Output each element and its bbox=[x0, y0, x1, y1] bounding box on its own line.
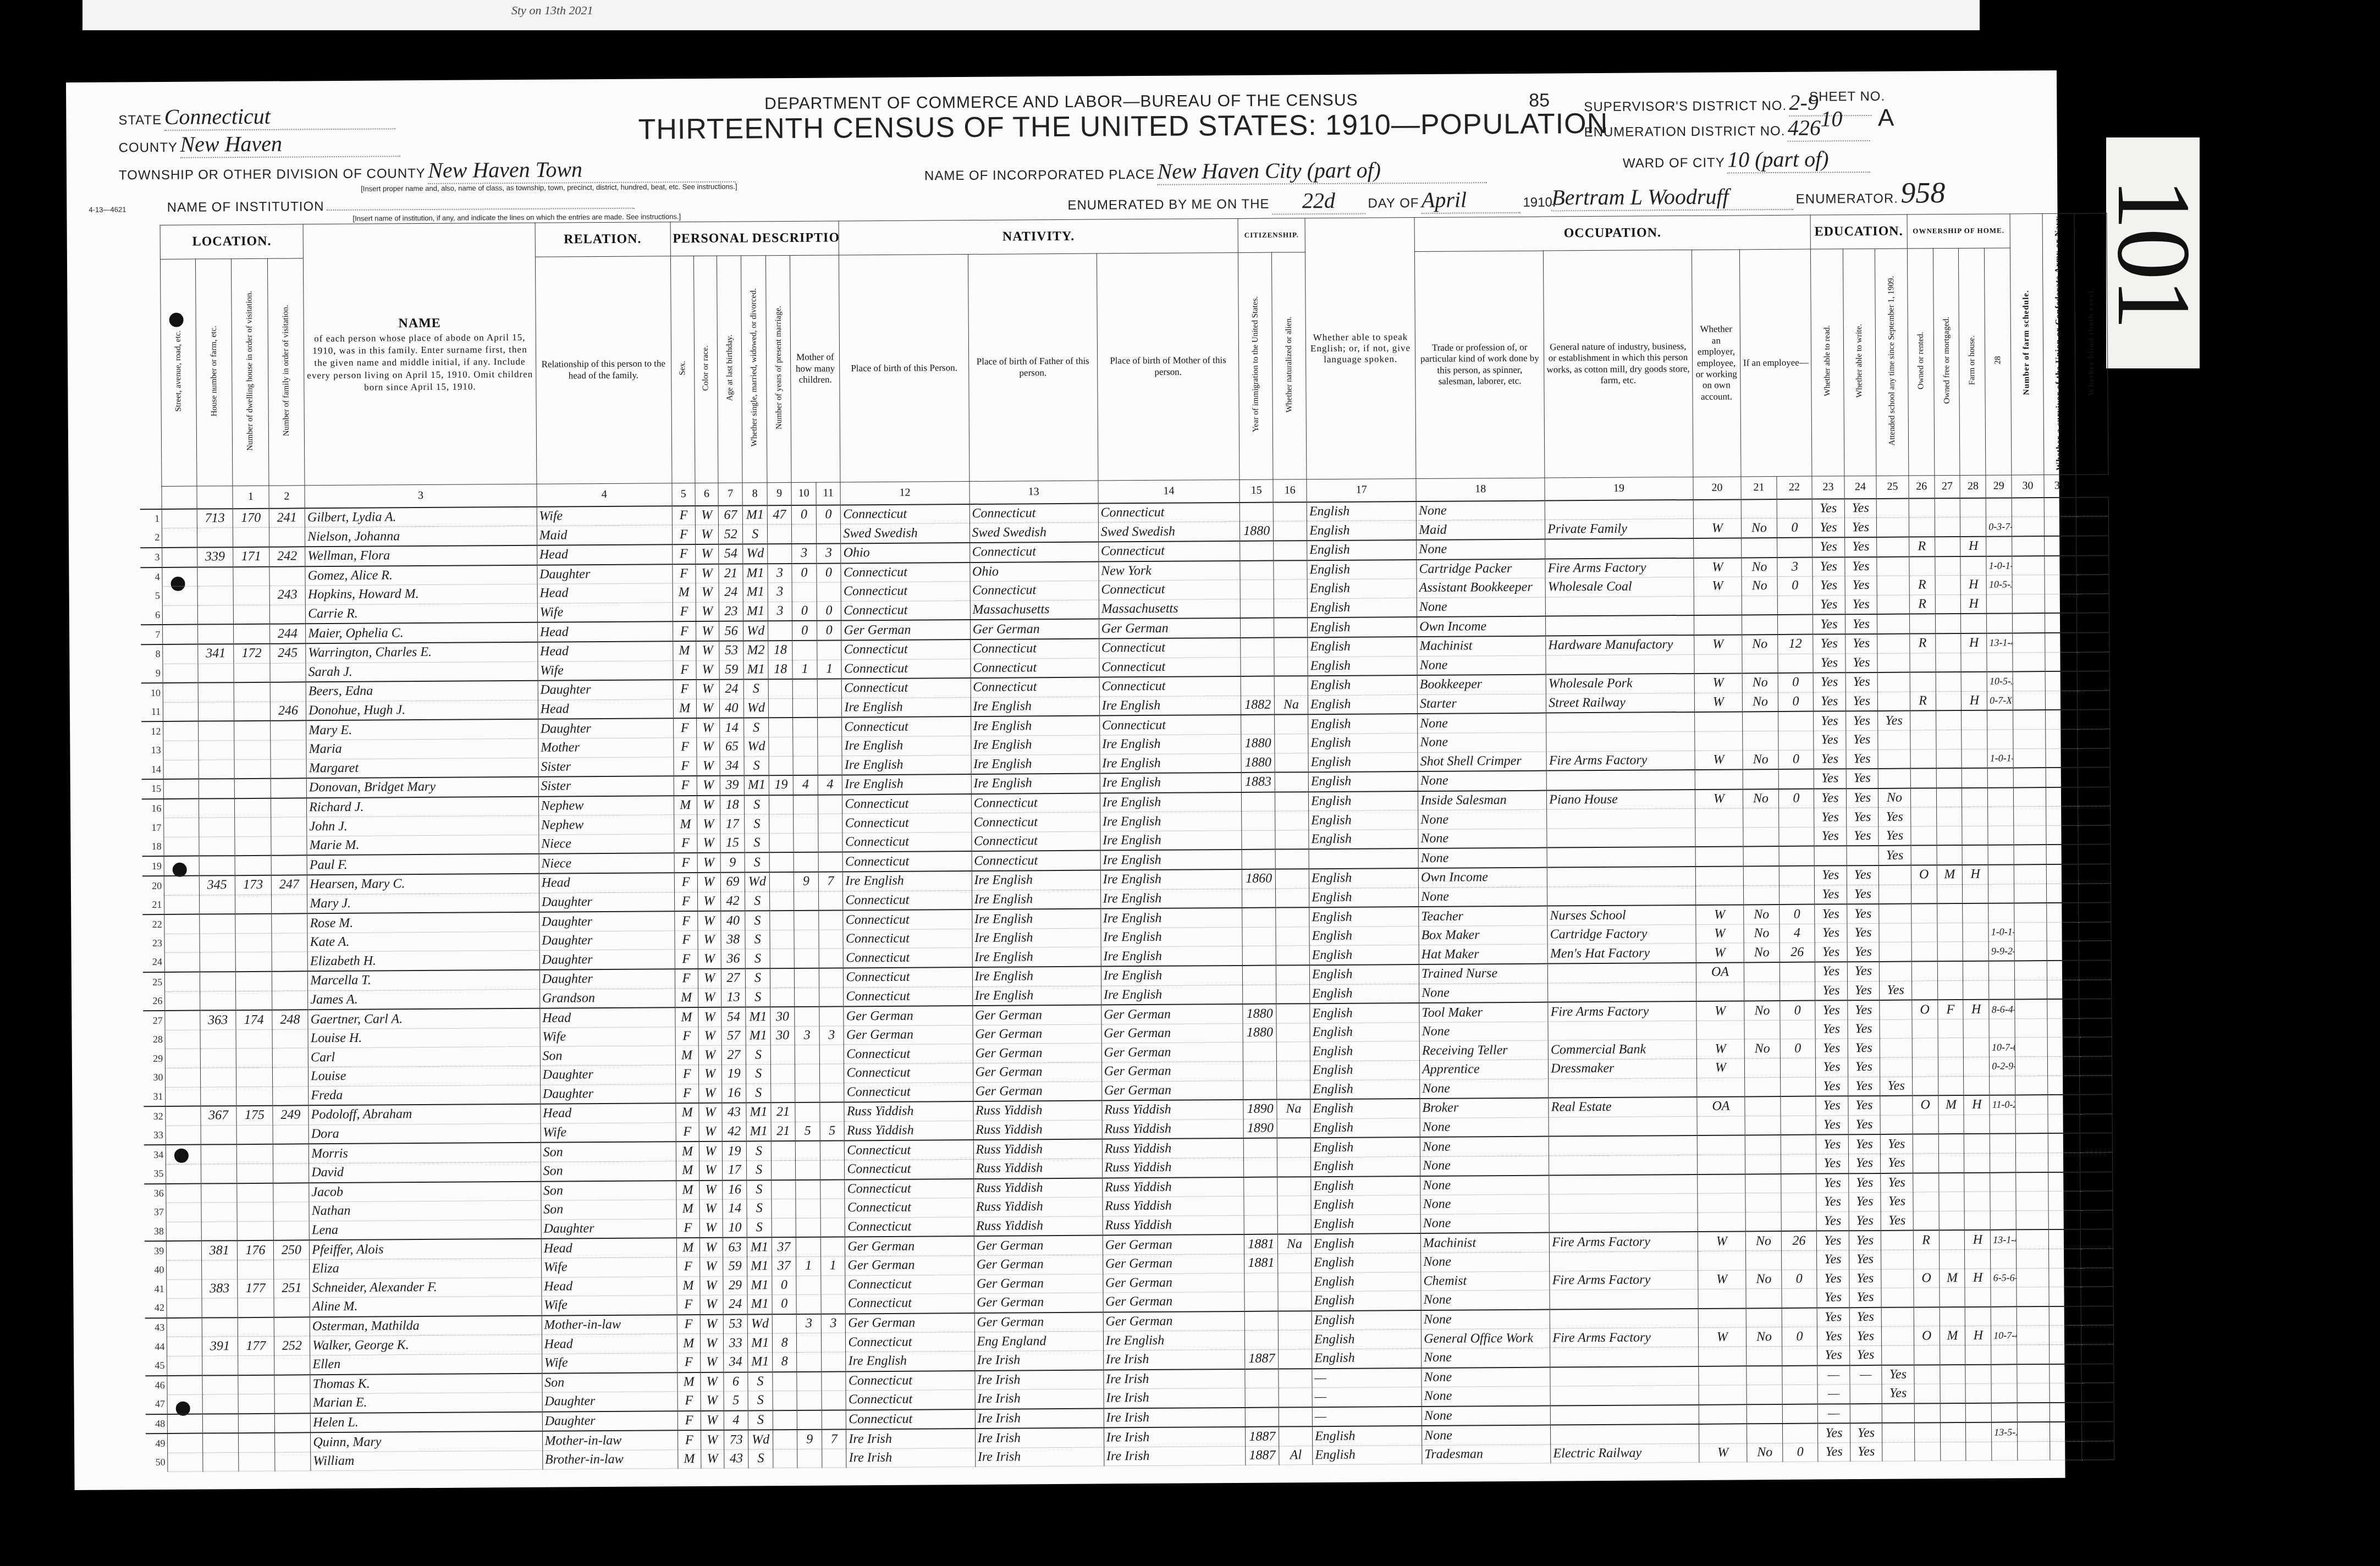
cell-mother-birth: Russ Yiddish bbox=[1102, 1177, 1244, 1198]
cell-line: 28 bbox=[144, 1030, 166, 1049]
cell-school bbox=[1880, 1115, 1913, 1134]
cell-house bbox=[198, 721, 234, 740]
cell-house bbox=[202, 1433, 239, 1452]
cell-write: Yes bbox=[1847, 826, 1879, 846]
cell-father-birth: Ire Irish bbox=[975, 1447, 1104, 1467]
cell-immig: 1880 bbox=[1243, 1004, 1276, 1023]
cell-house bbox=[197, 605, 234, 624]
cell-father-birth: Ire Irish bbox=[974, 1350, 1103, 1371]
cell-age: 14 bbox=[719, 718, 744, 737]
cell-out: No bbox=[1742, 673, 1778, 692]
cell-out bbox=[1743, 731, 1778, 750]
cell-trade: Maid bbox=[1417, 520, 1545, 540]
cell-birth: Connecticut bbox=[843, 890, 972, 911]
cell-emp: W bbox=[1695, 905, 1744, 925]
cell-family: 249 bbox=[273, 1106, 309, 1125]
cell-name: Marie M. bbox=[307, 835, 539, 856]
cell-trade: Tool Maker bbox=[1419, 1002, 1548, 1023]
cell-race: W bbox=[698, 930, 721, 950]
cell-street bbox=[163, 644, 197, 663]
cell-house bbox=[199, 895, 235, 914]
cell-age: 54 bbox=[719, 544, 743, 564]
cell-marital: M2 bbox=[743, 641, 768, 660]
cell-race: W bbox=[700, 1295, 723, 1314]
cell-dwelling bbox=[234, 663, 270, 682]
cell-born bbox=[794, 814, 818, 833]
cell-dwelling bbox=[236, 1049, 272, 1068]
cell-race: W bbox=[698, 1027, 721, 1046]
cell-marital: M1 bbox=[745, 775, 769, 795]
cell-birth: Connecticut bbox=[845, 1159, 973, 1179]
cell-read: Yes bbox=[1816, 1193, 1849, 1212]
cell-race: W bbox=[699, 1238, 723, 1257]
cell-read: Yes bbox=[1816, 1077, 1848, 1096]
cell-immig bbox=[1243, 1061, 1277, 1080]
cell-street bbox=[163, 721, 198, 741]
cell-house bbox=[198, 682, 234, 702]
cell-years-married bbox=[769, 737, 794, 756]
cell-trade: None bbox=[1418, 848, 1547, 868]
cell-school: Yes bbox=[1880, 1134, 1913, 1154]
cell-street bbox=[166, 1145, 201, 1164]
cell-weeks bbox=[1778, 712, 1814, 731]
cell-dwelling bbox=[234, 740, 271, 759]
cell-english: English bbox=[1307, 579, 1417, 599]
cell-street bbox=[164, 837, 199, 856]
cell-out bbox=[1744, 962, 1780, 981]
cell-emp bbox=[1697, 1135, 1745, 1155]
cell-family bbox=[274, 1355, 310, 1375]
cell-nat bbox=[1279, 1349, 1312, 1369]
cell-sched: 10-7-0-X bbox=[1989, 1038, 2015, 1057]
cell-own bbox=[1914, 1403, 1940, 1423]
cell-c30 bbox=[2015, 1114, 2048, 1133]
cell-out bbox=[1747, 1424, 1783, 1443]
cell-immig bbox=[1244, 1273, 1278, 1292]
cell-street bbox=[165, 991, 200, 1011]
cell-birth: Connecticut bbox=[841, 582, 969, 602]
cell-race: W bbox=[699, 1180, 722, 1199]
cell-farm bbox=[1963, 884, 1988, 903]
cell-name: Morris bbox=[309, 1143, 541, 1164]
cell-free bbox=[1940, 1288, 1965, 1307]
cell-sched bbox=[1991, 1345, 2017, 1364]
cell-family bbox=[271, 798, 307, 817]
cell-relation: Nephew bbox=[538, 815, 674, 835]
cell-living bbox=[817, 582, 841, 602]
cell-read: Yes bbox=[1814, 749, 1846, 769]
cell-c32 bbox=[2080, 1056, 2112, 1076]
cell-name: Mary E. bbox=[306, 719, 538, 740]
cell-name: Maria bbox=[306, 738, 538, 759]
cell-sex: F bbox=[672, 564, 695, 583]
cell-immig: 1881 bbox=[1244, 1234, 1278, 1254]
cell-street bbox=[166, 1164, 201, 1183]
cell-read: Yes bbox=[1814, 769, 1846, 788]
cell-english: English bbox=[1308, 675, 1417, 695]
cell-farm bbox=[1961, 653, 1987, 672]
cell-sched: 0-3-7-X bbox=[1986, 517, 2012, 536]
cell-marital: S bbox=[746, 1083, 771, 1102]
cell-street bbox=[167, 1337, 202, 1356]
cell-immig: 1880 bbox=[1241, 753, 1275, 773]
cell-industry bbox=[1550, 1347, 1698, 1367]
cell-write: Yes bbox=[1846, 749, 1878, 769]
cell-years-married bbox=[769, 833, 794, 852]
cell-years-married: 8 bbox=[772, 1352, 797, 1371]
cell-english: English bbox=[1311, 1195, 1420, 1215]
cell-living bbox=[821, 1333, 846, 1352]
cell-free bbox=[1936, 710, 1962, 730]
cell-industry bbox=[1550, 1251, 1698, 1271]
cell-own bbox=[1909, 517, 1935, 537]
cell-english: — bbox=[1312, 1407, 1422, 1427]
cell-weeks bbox=[1780, 981, 1815, 1001]
cell-house bbox=[201, 1183, 237, 1203]
cell-c31 bbox=[2045, 594, 2077, 613]
cell-english: English bbox=[1311, 1156, 1420, 1176]
cell-c32 bbox=[2079, 960, 2112, 979]
cell-street bbox=[163, 605, 197, 625]
cell-own bbox=[1912, 1038, 1938, 1057]
cell-c31 bbox=[2049, 1325, 2081, 1344]
cell-industry bbox=[1549, 1078, 1696, 1098]
cell-street bbox=[163, 664, 197, 683]
cell-dwelling bbox=[234, 702, 270, 721]
cell-family bbox=[273, 1144, 309, 1164]
cell-english: English bbox=[1308, 771, 1418, 792]
cell-house bbox=[199, 759, 235, 779]
cell-sex: F bbox=[674, 853, 697, 873]
cell-trade: General Office Work bbox=[1421, 1328, 1550, 1348]
cell-house: 391 bbox=[202, 1337, 238, 1356]
cell-family bbox=[271, 817, 307, 836]
cell-name: Donohue, Hugh J. bbox=[306, 700, 538, 721]
cell-free bbox=[1940, 1442, 1966, 1461]
cell-write: Yes bbox=[1849, 1346, 1882, 1365]
cell-street bbox=[163, 741, 198, 760]
cell-born: 0 bbox=[792, 505, 817, 524]
cell-line: 50 bbox=[146, 1453, 168, 1472]
cell-sched bbox=[1990, 1076, 2015, 1095]
cell-immig bbox=[1241, 676, 1274, 696]
cell-house bbox=[200, 952, 236, 972]
cell-own bbox=[1911, 942, 1937, 961]
cell-name: Warrington, Charles E. bbox=[306, 642, 538, 663]
cell-trade: None bbox=[1422, 1405, 1550, 1426]
cell-farm bbox=[1964, 1076, 1990, 1095]
township-hint: [Insert proper name and, also, name of c… bbox=[361, 183, 737, 193]
cell-c32 bbox=[2081, 1287, 2113, 1306]
cell-immig bbox=[1244, 1177, 1277, 1196]
cell-school: Yes bbox=[1882, 1384, 1914, 1403]
cell-own bbox=[1913, 1154, 1938, 1173]
cell-born bbox=[795, 988, 819, 1007]
cell-free bbox=[1937, 845, 1963, 865]
cell-name: Thomas K. bbox=[310, 1373, 542, 1394]
cell-free bbox=[1938, 1173, 1964, 1192]
cell-dwelling bbox=[234, 779, 271, 798]
cell-free bbox=[1935, 576, 1961, 595]
cell-write: Yes bbox=[1848, 1057, 1880, 1077]
cell-nat bbox=[1275, 811, 1309, 830]
cell-write: Yes bbox=[1845, 634, 1877, 653]
cell-weeks: 0 bbox=[1782, 1327, 1817, 1346]
cell-years-married bbox=[771, 1141, 796, 1160]
cell-c31 bbox=[2049, 1306, 2081, 1325]
cell-mother-birth: Ire Irish bbox=[1103, 1349, 1245, 1370]
cell-emp bbox=[1696, 1077, 1745, 1097]
cell-own: O bbox=[1914, 1269, 1940, 1288]
cell-nat bbox=[1279, 1388, 1312, 1407]
cell-marital: S bbox=[748, 1372, 773, 1391]
cell-farm bbox=[1965, 1345, 1991, 1364]
cell-age: 6 bbox=[724, 1372, 748, 1391]
cell-immig: 1880 bbox=[1241, 734, 1275, 753]
cell-mother-birth: New York bbox=[1099, 561, 1241, 581]
cell-race: W bbox=[697, 737, 720, 757]
cell-sex: M bbox=[675, 988, 698, 1007]
cell-trade: Own Income bbox=[1417, 616, 1546, 637]
cell-living bbox=[819, 1064, 844, 1083]
cell-industry bbox=[1550, 1309, 1698, 1329]
cell-industry bbox=[1547, 828, 1695, 848]
cell-c30 bbox=[2012, 594, 2045, 613]
cell-read: Yes bbox=[1812, 499, 1844, 518]
cell-age: 27 bbox=[721, 969, 746, 988]
cell-sex: F bbox=[676, 1122, 699, 1142]
cell-english: English bbox=[1308, 714, 1418, 734]
cell-street bbox=[167, 1375, 202, 1394]
cell-weeks bbox=[1780, 1020, 1816, 1039]
cell-race: W bbox=[699, 1103, 722, 1122]
cell-farm: H bbox=[1960, 537, 1986, 556]
cell-own: R bbox=[1909, 633, 1935, 653]
cell-father-birth: Connecticut bbox=[971, 812, 1100, 832]
cell-emp bbox=[1696, 982, 1744, 1002]
cell-years-married bbox=[772, 1199, 796, 1218]
cell-c30 bbox=[2012, 556, 2045, 575]
cell-house bbox=[202, 1356, 238, 1375]
cell-weeks bbox=[1779, 846, 1815, 866]
cell-age: 42 bbox=[722, 1122, 747, 1142]
cell-race: W bbox=[701, 1372, 724, 1391]
cell-race: W bbox=[698, 1084, 721, 1103]
cell-c30 bbox=[2016, 1192, 2048, 1211]
cell-c30 bbox=[2016, 1210, 2048, 1229]
cell-born: 3 bbox=[792, 544, 817, 564]
cell-age: 34 bbox=[723, 1353, 748, 1372]
cell-living: 3 bbox=[816, 543, 841, 563]
cell-mother-birth: Ger German bbox=[1103, 1292, 1245, 1313]
cell-living bbox=[819, 968, 844, 987]
cell-name: Gomez, Alice R. bbox=[305, 565, 537, 586]
cell-born: 4 bbox=[794, 775, 818, 795]
cell-race: W bbox=[697, 834, 720, 853]
cell-birth: Connecticut bbox=[841, 563, 969, 583]
cell-trade: Machinist bbox=[1420, 1233, 1549, 1253]
cell-farm bbox=[1962, 730, 1987, 749]
cell-out bbox=[1743, 808, 1779, 828]
cell-farm: H bbox=[1962, 691, 1987, 710]
cell-living: 0 bbox=[817, 563, 841, 582]
cell-sched bbox=[1990, 1153, 2016, 1172]
cell-own bbox=[1914, 1384, 1940, 1403]
cell-emp: W bbox=[1696, 1039, 1745, 1058]
cell-out bbox=[1742, 538, 1777, 558]
cell-farm bbox=[1964, 1057, 1990, 1076]
cell-house bbox=[200, 972, 236, 991]
cell-line: 36 bbox=[144, 1183, 166, 1203]
cell-living bbox=[819, 949, 844, 968]
cell-immig bbox=[1245, 1388, 1279, 1407]
cell-sched: 10-5-3-X bbox=[1986, 575, 2012, 594]
cell-read: Yes bbox=[1818, 1443, 1850, 1462]
cell-house bbox=[202, 1453, 239, 1472]
cell-c32 bbox=[2079, 1037, 2112, 1056]
cell-read bbox=[1814, 846, 1847, 866]
cell-school bbox=[1882, 1403, 1914, 1423]
cell-c31 bbox=[2050, 1441, 2082, 1460]
cell-out bbox=[1745, 1058, 1781, 1077]
cell-line: 38 bbox=[145, 1222, 167, 1241]
cell-sex: M bbox=[676, 1200, 699, 1219]
cell-sched: 10-5-3-X bbox=[1987, 672, 2013, 691]
cell-out bbox=[1744, 981, 1780, 1001]
cell-marital: M1 bbox=[746, 1102, 771, 1122]
cell-nat bbox=[1278, 1292, 1312, 1311]
cell-english: English bbox=[1308, 656, 1417, 676]
cell-immig: 1887 bbox=[1246, 1446, 1279, 1465]
cell-living bbox=[819, 1045, 844, 1064]
cell-father-birth: Connecticut bbox=[971, 677, 1099, 698]
cell-living bbox=[819, 988, 844, 1007]
cell-trade: None bbox=[1420, 1175, 1549, 1195]
cell-living bbox=[819, 911, 844, 930]
cell-mother-birth: Ire English bbox=[1103, 1331, 1245, 1350]
cell-c30 bbox=[2014, 825, 2046, 845]
cell-street bbox=[166, 1203, 201, 1222]
cell-name: Mary J. bbox=[307, 893, 539, 914]
cell-sched bbox=[1992, 1442, 2018, 1461]
previous-page-note: Sty on 13th 2021 bbox=[511, 3, 593, 18]
cell-living bbox=[816, 524, 841, 543]
cell-relation: Daughter bbox=[542, 1411, 677, 1431]
cell-sex: M bbox=[676, 1161, 699, 1180]
cell-sched bbox=[1987, 768, 2013, 787]
cell-line: 10 bbox=[141, 683, 163, 702]
cell-birth: Ger German bbox=[846, 1313, 974, 1333]
cell-write: Yes bbox=[1850, 1442, 1882, 1462]
cell-c30 bbox=[2014, 864, 2046, 884]
cell-dwelling: 174 bbox=[236, 1010, 272, 1029]
cell-relation: Head bbox=[538, 699, 673, 719]
cell-industry bbox=[1549, 1174, 1697, 1194]
cell-immig bbox=[1244, 1157, 1277, 1177]
cell-birth: Ire English bbox=[842, 755, 971, 775]
cell-age: 69 bbox=[720, 873, 745, 892]
cell-years-married bbox=[772, 1218, 796, 1237]
cell-weeks bbox=[1778, 808, 1814, 827]
cell-immig bbox=[1244, 1138, 1277, 1157]
state-value: Connecticut bbox=[164, 102, 395, 131]
cell-street bbox=[163, 702, 198, 721]
cell-nat bbox=[1275, 753, 1308, 772]
cell-birth: Connecticut bbox=[841, 504, 969, 525]
cell-own: R bbox=[1909, 595, 1935, 614]
cell-street bbox=[164, 934, 199, 953]
cell-c31 bbox=[2047, 999, 2079, 1018]
cell-relation: Head bbox=[541, 1103, 676, 1123]
cell-years-married bbox=[770, 930, 795, 949]
cell-write: Yes bbox=[1844, 499, 1877, 518]
cell-nat bbox=[1275, 772, 1308, 792]
cell-name: Eliza bbox=[310, 1258, 542, 1278]
cell-c32 bbox=[2079, 941, 2111, 960]
cell-trade: None bbox=[1418, 713, 1546, 734]
cell-years-married: 18 bbox=[768, 660, 793, 679]
enumerated-month: April bbox=[1422, 186, 1520, 214]
cell-c30 bbox=[2013, 671, 2045, 691]
cell-name: Louise H. bbox=[308, 1028, 540, 1048]
cell-free bbox=[1940, 1307, 1965, 1326]
cell-out bbox=[1742, 499, 1777, 519]
cell-sex: F bbox=[674, 911, 697, 930]
cell-marital: Wd bbox=[744, 698, 769, 718]
cell-own bbox=[1914, 1365, 1940, 1384]
cell-name: Maier, Ophelia C. bbox=[306, 622, 538, 643]
cell-industry bbox=[1546, 596, 1694, 616]
cell-birth: Connecticut bbox=[842, 813, 971, 833]
cell-birth: Connecticut bbox=[844, 986, 972, 1007]
cell-out: No bbox=[1742, 635, 1778, 654]
cell-race: W bbox=[697, 815, 720, 834]
cell-living bbox=[817, 640, 842, 659]
cell-dwelling bbox=[237, 1164, 273, 1183]
cell-dwelling bbox=[236, 1087, 273, 1106]
cell-line: 47 bbox=[146, 1395, 168, 1414]
cell-house bbox=[202, 1375, 238, 1394]
cell-mother-birth: Ger German bbox=[1101, 1004, 1243, 1024]
cell-birth: Ger German bbox=[844, 1006, 972, 1026]
cell-sched: 1-0-1-2 bbox=[1986, 556, 2012, 575]
cell-race: W bbox=[697, 795, 720, 814]
cell-read: — bbox=[1817, 1385, 1850, 1404]
cell-read: Yes bbox=[1815, 1000, 1848, 1019]
cell-line: 42 bbox=[145, 1299, 167, 1318]
cell-dwelling bbox=[236, 1144, 273, 1164]
cell-out bbox=[1747, 1365, 1782, 1385]
cell-family: 252 bbox=[274, 1336, 310, 1355]
cell-street bbox=[162, 509, 197, 528]
cell-relation: Son bbox=[541, 1161, 676, 1182]
cell-born bbox=[792, 641, 817, 660]
cell-street bbox=[166, 1087, 200, 1106]
cell-immig: 1860 bbox=[1242, 869, 1276, 889]
cell-free bbox=[1940, 1403, 1966, 1423]
cell-industry: Wholesale Coal bbox=[1545, 577, 1693, 597]
cell-relation: Son bbox=[540, 1046, 675, 1066]
cell-farm bbox=[1960, 498, 1986, 517]
cell-farm bbox=[1965, 1249, 1991, 1269]
cell-father-birth: Connecticut bbox=[970, 658, 1099, 679]
cell-emp bbox=[1695, 828, 1743, 847]
cell-trade: None bbox=[1422, 1425, 1551, 1446]
cell-write: Yes bbox=[1847, 904, 1879, 923]
cell-dwelling bbox=[237, 1221, 273, 1240]
cell-line: 5 bbox=[141, 587, 163, 606]
cell-industry bbox=[1548, 963, 1696, 983]
